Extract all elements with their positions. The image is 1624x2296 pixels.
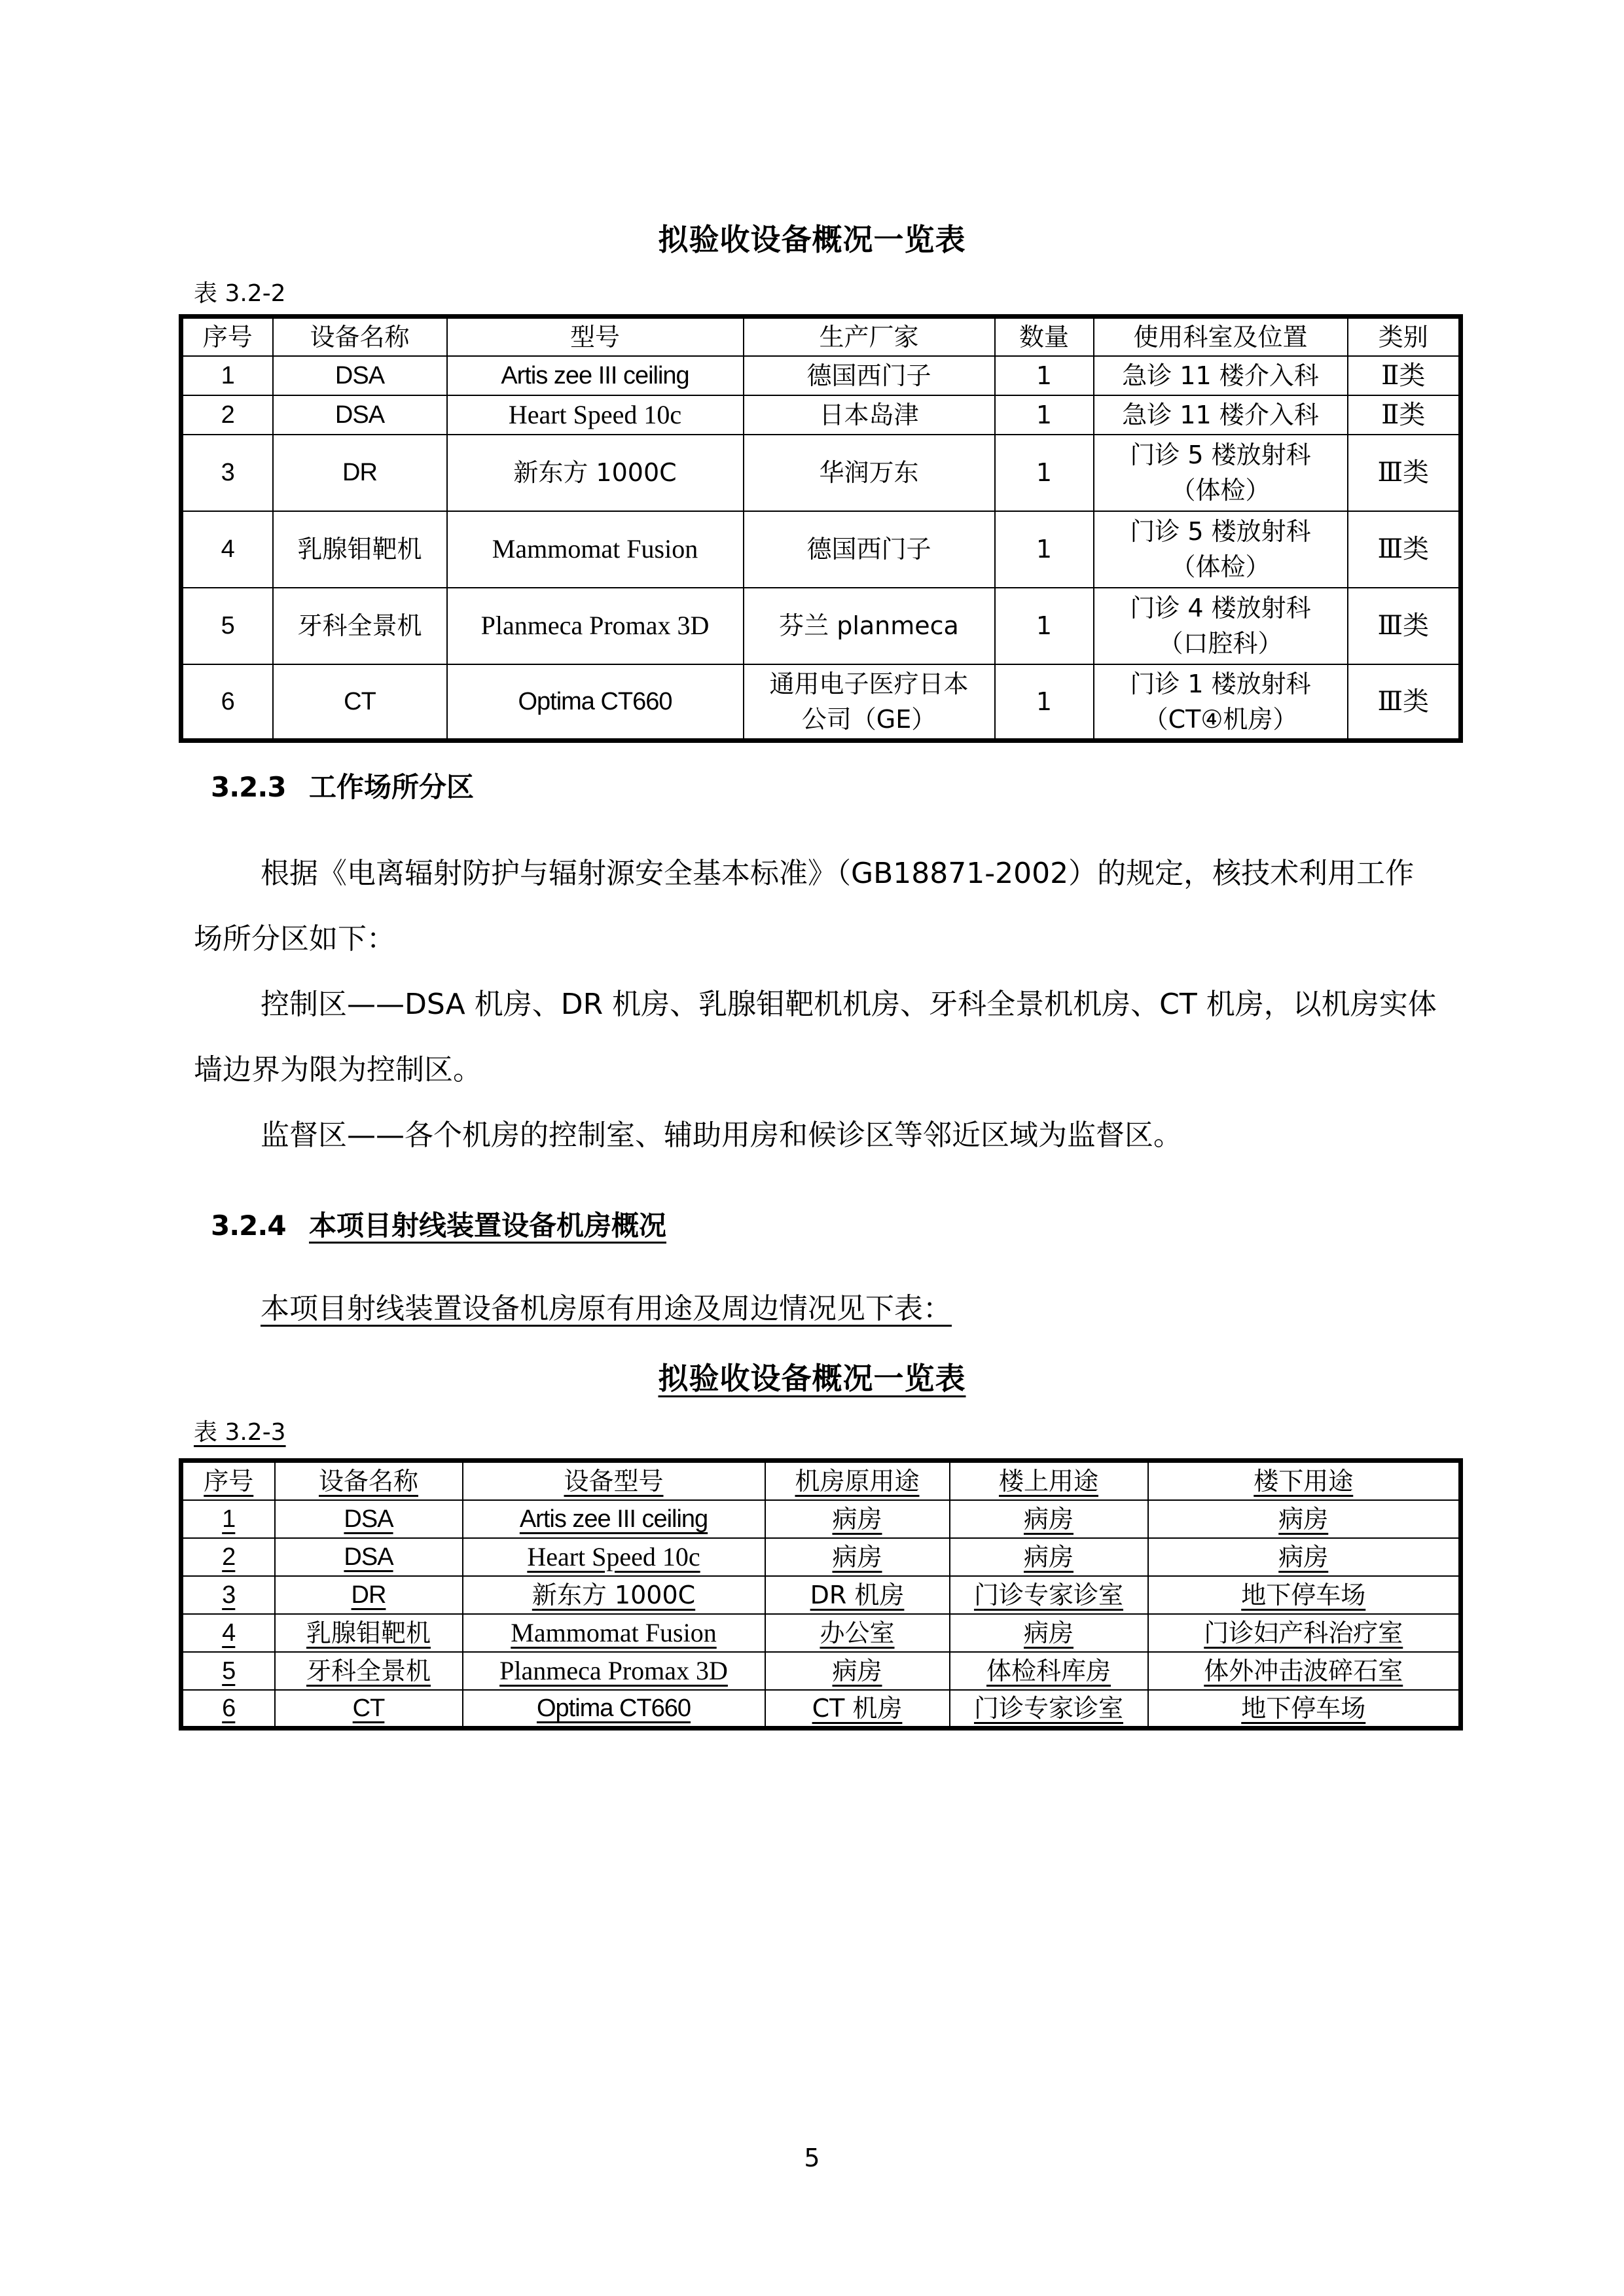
table2-title-text: 拟验收设备概况一览表 (659, 1361, 966, 1396)
cell-original-use: DR 机房 (765, 1576, 950, 1614)
cell-maker: 华润万东 (744, 435, 995, 511)
cell-location: 急诊 11 楼介入科 (1094, 356, 1348, 395)
cell-maker: 通用电子医疗日本公司（GE） (744, 664, 995, 741)
table-row: 2 DSA Heart Speed 10c 病房 病房 病房 (181, 1538, 1461, 1576)
header-cell: 数量 (995, 317, 1094, 356)
cell-category: Ⅲ类 (1348, 664, 1461, 741)
cell-upstairs: 门诊专家诊室 (950, 1576, 1148, 1614)
section-title: 工作场所分区 (309, 771, 474, 803)
header-cell: 序号 (181, 317, 273, 356)
cell-model: 新东方 1000C (447, 435, 744, 511)
cell-downstairs: 病房 (1148, 1500, 1461, 1538)
cell-no: 4 (181, 511, 273, 588)
cell-name: DSA (275, 1538, 463, 1576)
header-cell: 设备型号 (463, 1461, 765, 1500)
cell-no: 6 (181, 1690, 275, 1729)
cell-name: CT (275, 1690, 463, 1729)
table1-title: 拟验收设备概况一览表 (0, 216, 1624, 259)
cell-no: 3 (181, 435, 273, 511)
paragraph-standard: 根据《电离辐射防护与辐射源安全基本标准》（GB18871-2002）的规定，核技… (194, 841, 1437, 972)
cell-model: Artis zee III ceiling (447, 356, 744, 395)
cell-location: 门诊 1 楼放射科（CT④机房） (1094, 664, 1348, 741)
paragraph-control-zone: 控制区——DSA 机房、DR 机房、乳腺钼靶机机房、牙科全景机机房、CT 机房，… (194, 972, 1437, 1103)
cell-no: 1 (181, 356, 273, 395)
cell-model: Artis zee III ceiling (463, 1500, 765, 1538)
cell-upstairs: 病房 (950, 1538, 1148, 1576)
cell-qty: 1 (995, 395, 1094, 435)
cell-name: CT (273, 664, 447, 741)
table-row: 4 乳腺钼靶机 Mammomat Fusion 德国西门子 1 门诊 5 楼放射… (181, 511, 1461, 588)
cell-name: 乳腺钼靶机 (273, 511, 447, 588)
cell-original-use: 办公室 (765, 1614, 950, 1652)
table-header-row: 序号 设备名称 设备型号 机房原用途 楼上用途 楼下用途 (181, 1461, 1461, 1500)
cell-maker: 德国西门子 (744, 511, 995, 588)
cell-original-use: 病房 (765, 1500, 950, 1538)
cell-model: Optima CT660 (463, 1690, 765, 1729)
table-row: 4 乳腺钼靶机 Mammomat Fusion 办公室 病房 门诊妇产科治疗室 (181, 1614, 1461, 1652)
cell-no: 6 (181, 664, 273, 741)
header-cell: 型号 (447, 317, 744, 356)
header-cell: 生产厂家 (744, 317, 995, 356)
table-row: 2 DSA Heart Speed 10c 日本岛津 1 急诊 11 楼介入科 … (181, 395, 1461, 435)
cell-no: 5 (181, 1652, 275, 1690)
cell-category: Ⅱ类 (1348, 395, 1461, 435)
header-cell: 使用科室及位置 (1094, 317, 1348, 356)
cell-downstairs: 地下停车场 (1148, 1576, 1461, 1614)
paragraph-text: 控制区——DSA 机房、DR 机房、乳腺钼靶机机房、牙科全景机机房、CT 机房，… (194, 988, 1437, 1086)
table-row: 5 牙科全景机 Planmeca Promax 3D 芬兰 planmeca 1… (181, 588, 1461, 664)
cell-qty: 1 (995, 435, 1094, 511)
cell-model: Mammomat Fusion (447, 511, 744, 588)
table-row: 1 DSA Artis zee III ceiling 病房 病房 病房 (181, 1500, 1461, 1538)
paragraph-text: 根据《电离辐射防护与辐射源安全基本标准》（GB18871-2002）的规定，核技… (194, 857, 1414, 956)
cell-downstairs: 病房 (1148, 1538, 1461, 1576)
equipment-table: 序号 设备名称 型号 生产厂家 数量 使用科室及位置 类别 1 DSA Arti… (179, 314, 1463, 743)
cell-category: Ⅲ类 (1348, 435, 1461, 511)
cell-no: 5 (181, 588, 273, 664)
table2-caption: 表 3.2-3 (194, 1414, 286, 1447)
header-cell: 楼上用途 (950, 1461, 1148, 1500)
cell-qty: 1 (995, 511, 1094, 588)
cell-upstairs: 病房 (950, 1500, 1148, 1538)
table-row: 1 DSA Artis zee III ceiling 德国西门子 1 急诊 1… (181, 356, 1461, 395)
cell-qty: 1 (995, 588, 1094, 664)
table1-caption: 表 3.2-2 (194, 275, 286, 308)
cell-model: Heart Speed 10c (447, 395, 744, 435)
table-row: 5 牙科全景机 Planmeca Promax 3D 病房 体检科库房 体外冲击… (181, 1652, 1461, 1690)
table-row: 3 DR 新东方 1000C 华润万东 1 门诊 5 楼放射科（体检） Ⅲ类 (181, 435, 1461, 511)
header-cell: 楼下用途 (1148, 1461, 1461, 1500)
cell-downstairs: 门诊妇产科治疗室 (1148, 1614, 1461, 1652)
cell-model: Optima CT660 (447, 664, 744, 741)
page-number: 5 (0, 2144, 1624, 2172)
section-heading-3-2-3: 3.2.3工作场所分区 (211, 766, 474, 805)
header-cell: 设备名称 (273, 317, 447, 356)
cell-category: Ⅲ类 (1348, 588, 1461, 664)
cell-model: Planmeca Promax 3D (463, 1652, 765, 1690)
cell-no: 3 (181, 1576, 275, 1614)
paragraph-supervision-zone: 监督区——各个机房的控制室、辅助用房和候诊区等邻近区域为监督区。 (194, 1103, 1437, 1168)
section-heading-3-2-4: 3.2.4本项目射线装置设备机房概况 (211, 1204, 666, 1244)
table-row: 6 CT Optima CT660 CT 机房 门诊专家诊室 地下停车场 (181, 1690, 1461, 1729)
cell-model: Mammomat Fusion (463, 1614, 765, 1652)
cell-maker: 德国西门子 (744, 356, 995, 395)
cell-original-use: 病房 (765, 1538, 950, 1576)
cell-location: 门诊 5 楼放射科（体检） (1094, 511, 1348, 588)
table-row: 6 CT Optima CT660 通用电子医疗日本公司（GE） 1 门诊 1 … (181, 664, 1461, 741)
cell-maker: 日本岛津 (744, 395, 995, 435)
cell-name: DSA (273, 356, 447, 395)
cell-location: 门诊 4 楼放射科（口腔科） (1094, 588, 1348, 664)
paragraph-text: 监督区——各个机房的控制室、辅助用房和候诊区等邻近区域为监督区。 (261, 1119, 1182, 1152)
cell-maker: 芬兰 planmeca (744, 588, 995, 664)
header-cell: 设备名称 (275, 1461, 463, 1500)
cell-location: 门诊 5 楼放射科（体检） (1094, 435, 1348, 511)
cell-name: DR (273, 435, 447, 511)
cell-name: DSA (273, 395, 447, 435)
table-row: 3 DR 新东方 1000C DR 机房 门诊专家诊室 地下停车场 (181, 1576, 1461, 1614)
cell-upstairs: 病房 (950, 1614, 1148, 1652)
cell-location: 急诊 11 楼介入科 (1094, 395, 1348, 435)
table-header-row: 序号 设备名称 型号 生产厂家 数量 使用科室及位置 类别 (181, 317, 1461, 356)
cell-no: 4 (181, 1614, 275, 1652)
cell-model: 新东方 1000C (463, 1576, 765, 1614)
cell-name: 乳腺钼靶机 (275, 1614, 463, 1652)
cell-qty: 1 (995, 664, 1094, 741)
cell-no: 1 (181, 1500, 275, 1538)
header-cell: 序号 (181, 1461, 275, 1500)
cell-no: 2 (181, 395, 273, 435)
paragraph-text: 本项目射线装置设备机房原有用途及周边情况见下表： (261, 1292, 952, 1325)
cell-name: 牙科全景机 (275, 1652, 463, 1690)
cell-model: Planmeca Promax 3D (447, 588, 744, 664)
header-cell: 机房原用途 (765, 1461, 950, 1500)
cell-name: DSA (275, 1500, 463, 1538)
cell-downstairs: 地下停车场 (1148, 1690, 1461, 1729)
cell-qty: 1 (995, 356, 1094, 395)
cell-original-use: 病房 (765, 1652, 950, 1690)
section-number: 3.2.3 (211, 771, 309, 803)
table2-title: 拟验收设备概况一览表 (0, 1355, 1624, 1398)
paragraph-intro: 本项目射线装置设备机房原有用途及周边情况见下表： (194, 1276, 1437, 1342)
cell-original-use: CT 机房 (765, 1690, 950, 1729)
section-title: 本项目射线装置设备机房概况 (309, 1210, 666, 1242)
cell-upstairs: 门诊专家诊室 (950, 1690, 1148, 1729)
cell-upstairs: 体检科库房 (950, 1652, 1148, 1690)
cell-name: DR (275, 1576, 463, 1614)
cell-no: 2 (181, 1538, 275, 1576)
cell-name: 牙科全景机 (273, 588, 447, 664)
cell-model: Heart Speed 10c (463, 1538, 765, 1576)
header-cell: 类别 (1348, 317, 1461, 356)
cell-category: Ⅲ类 (1348, 511, 1461, 588)
cell-downstairs: 体外冲击波碎石室 (1148, 1652, 1461, 1690)
section-number: 3.2.4 (211, 1210, 309, 1242)
room-usage-table: 序号 设备名称 设备型号 机房原用途 楼上用途 楼下用途 1 DSA Artis… (179, 1458, 1463, 1731)
cell-category: Ⅱ类 (1348, 356, 1461, 395)
